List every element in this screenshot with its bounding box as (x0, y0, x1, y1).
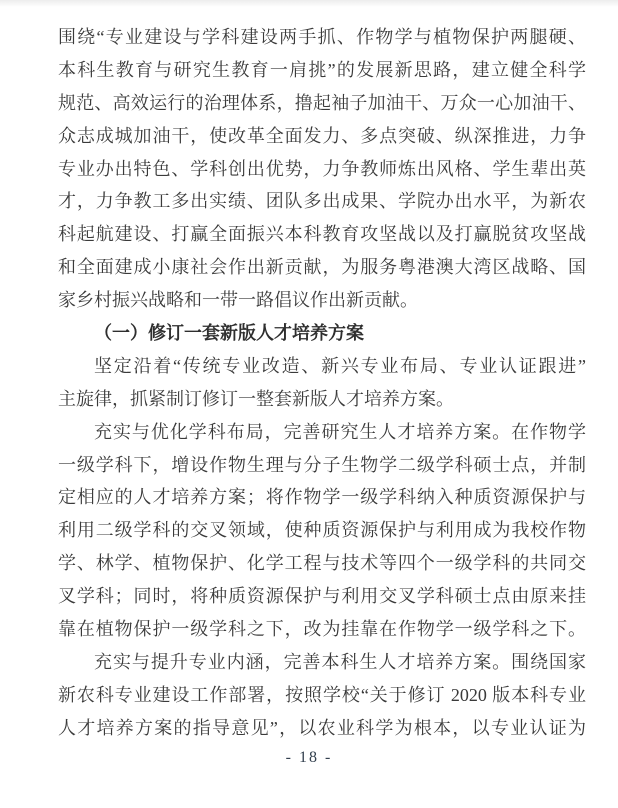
text-line: 本科生教育与研究生教育一肩挑”的发展新思路，建立健全科学 (58, 54, 586, 87)
text-line: 利用二级学科的交叉领域，使种质资源保护与利用成为我校作物 (58, 514, 586, 547)
document-page: 围绕“专业建设与学科建设两手抓、作物学与植物保护两腿硬、本科生教育与研究生教育一… (0, 0, 618, 808)
text-line: 主旋律，抓紧制订修订一整套新版人才培养方案。 (58, 383, 586, 416)
text-line: 叉学科；同时，将种质资源保护与利用交叉学科硕士点由原来挂 (58, 580, 586, 613)
text-line: 充实与提升专业内涵，完善本科生人才培养方案。围绕国家 (58, 646, 586, 679)
text-line: 和全面建成小康社会作出新贡献，为服务粤港澳大湾区战略、国 (58, 251, 586, 284)
text-line: 新农科专业建设工作部署，按照学校“关于修订 2020 版本科专业 (58, 679, 586, 712)
text-line: 专业办出特色、学科创出优势，力争教师炼出风格、学生辈出英 (58, 153, 586, 186)
text-line: 一级学科下，增设作物生理与分子生物学二级学科硕士点，并制 (58, 449, 586, 482)
text-line: 家乡村振兴战略和一带一路倡议作出新贡献。 (58, 284, 586, 317)
text-line: 坚定沿着“传统专业改造、新兴专业布局、专业认证跟进” (58, 350, 586, 383)
text-line: 才，力争教工多出实绩、团队多出成果、学院办出水平，为新农 (58, 185, 586, 218)
page-number: - 18 - (0, 749, 618, 767)
text-line: 定相应的人才培养方案；将作物学一级学科纳入种质资源保护与 (58, 481, 586, 514)
text-line: 众志成城加油干，使改革全面发力、多点突破、纵深推进，力争 (58, 120, 586, 153)
section-heading: （一）修订一套新版人才培养方案 (58, 317, 586, 350)
text-line: 学、林学、植物保护、化学工程与技术等四个一级学科的共同交 (58, 547, 586, 580)
text-line: 科起航建设、打赢全面振兴本科教育攻坚战以及打赢脱贫攻坚战 (58, 218, 586, 251)
text-line: 靠在植物保护一级学科之下，改为挂靠在作物学一级学科之下。 (58, 613, 586, 646)
document-body: 围绕“专业建设与学科建设两手抓、作物学与植物保护两腿硬、本科生教育与研究生教育一… (58, 21, 586, 745)
page-top-edge (0, 0, 618, 7)
text-line: 人才培养方案的指导意见”，以农业科学为根本，以专业认证为 (58, 712, 586, 745)
text-line: 充实与优化学科布局，完善研究生人才培养方案。在作物学 (58, 416, 586, 449)
text-line: 规范、高效运行的治理体系，撸起袖子加油干、万众一心加油干、 (58, 87, 586, 120)
text-line: 围绕“专业建设与学科建设两手抓、作物学与植物保护两腿硬、 (58, 21, 586, 54)
